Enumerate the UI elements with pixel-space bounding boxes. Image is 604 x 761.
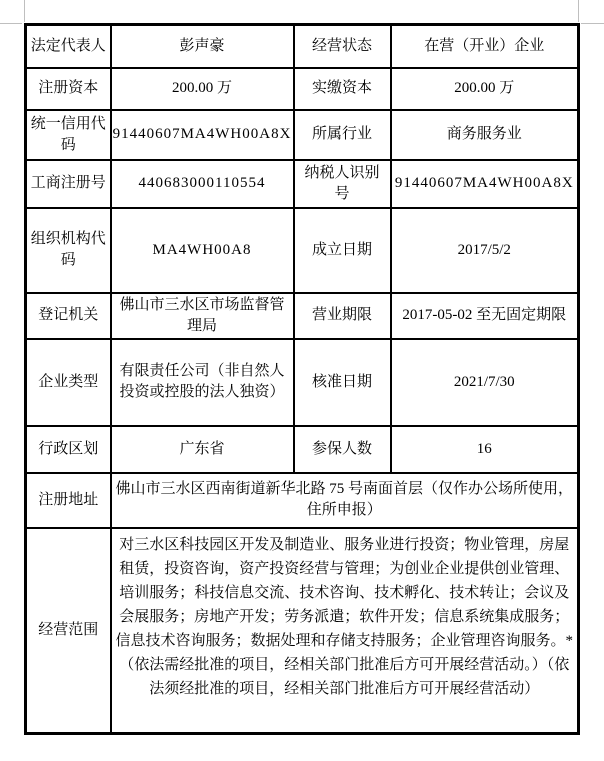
taxpayer-id-value: 91440607MA4WH00A8X — [391, 160, 579, 208]
table-row: 工商注册号 440683000110554 纳税人识别号 91440607MA4… — [26, 160, 579, 208]
page-margin-mark-top-left-vertical — [24, 0, 25, 22]
industry-label: 所属行业 — [294, 110, 391, 160]
industry-value: 商务服务业 — [391, 110, 579, 160]
table-row: 统一信用代码 91440607MA4WH00A8X 所属行业 商务服务业 — [26, 110, 579, 160]
insured-persons-label: 参保人数 — [294, 426, 391, 473]
administrative-division-value: 广东省 — [111, 426, 294, 473]
business-term-value: 2017-05-02 至无固定期限 — [391, 293, 579, 339]
table-row: 法定代表人 彭声豪 经营状态 在营（开业）企业 — [26, 25, 579, 68]
enterprise-type-value: 有限责任公司（非自然人投资或控股的法人独资） — [111, 339, 294, 426]
legal-representative-label: 法定代表人 — [26, 25, 111, 68]
page-margin-mark-top-left-horizontal — [0, 23, 22, 24]
table-row: 行政区划 广东省 参保人数 16 — [26, 426, 579, 473]
table-row: 登记机关 佛山市三水区市场监督管理局 营业期限 2017-05-02 至无固定期… — [26, 293, 579, 339]
operating-status-value: 在营（开业）企业 — [391, 25, 579, 68]
approval-date-value: 2021/7/30 — [391, 339, 579, 426]
registered-address-value: 佛山市三水区西南街道新华北路 75 号南面首层（仅作办公场所使用，住所申报） — [111, 473, 579, 528]
establishment-date-value: 2017/5/2 — [391, 208, 579, 293]
business-registration-number-label: 工商注册号 — [26, 160, 111, 208]
approval-date-label: 核准日期 — [294, 339, 391, 426]
organization-code-value: MA4WH00A8 — [111, 208, 294, 293]
paid-in-capital-label: 实缴资本 — [294, 68, 391, 110]
legal-representative-value: 彭声豪 — [111, 25, 294, 68]
unified-credit-code-value: 91440607MA4WH00A8X — [111, 110, 294, 160]
registered-capital-value: 200.00 万 — [111, 68, 294, 110]
document-page: 法定代表人 彭声豪 经营状态 在营（开业）企业 注册资本 200.00 万 实缴… — [0, 0, 604, 761]
page-margin-mark-top-right-horizontal — [581, 23, 604, 24]
unified-credit-code-label: 统一信用代码 — [26, 110, 111, 160]
operating-status-label: 经营状态 — [294, 25, 391, 68]
registered-address-label: 注册地址 — [26, 473, 111, 528]
business-registration-table: 法定代表人 彭声豪 经营状态 在营（开业）企业 注册资本 200.00 万 实缴… — [24, 23, 580, 735]
table-row: 企业类型 有限责任公司（非自然人投资或控股的法人独资） 核准日期 2021/7/… — [26, 339, 579, 426]
taxpayer-id-label: 纳税人识别号 — [294, 160, 391, 208]
organization-code-label: 组织机构代码 — [26, 208, 111, 293]
business-scope-value: 对三水区科技园区开发及制造业、服务业进行投资；物业管理，房屋租赁，投资咨询，资产… — [111, 528, 579, 734]
page-margin-mark-top-right-vertical — [578, 0, 579, 22]
insured-persons-value: 16 — [391, 426, 579, 473]
table-row: 经营范围 对三水区科技园区开发及制造业、服务业进行投资；物业管理，房屋租赁，投资… — [26, 528, 579, 734]
registration-authority-value: 佛山市三水区市场监督管理局 — [111, 293, 294, 339]
table-row: 注册地址 佛山市三水区西南街道新华北路 75 号南面首层（仅作办公场所使用，住所… — [26, 473, 579, 528]
paid-in-capital-value: 200.00 万 — [391, 68, 579, 110]
business-term-label: 营业期限 — [294, 293, 391, 339]
table-row: 注册资本 200.00 万 实缴资本 200.00 万 — [26, 68, 579, 110]
establishment-date-label: 成立日期 — [294, 208, 391, 293]
enterprise-type-label: 企业类型 — [26, 339, 111, 426]
table-row: 组织机构代码 MA4WH00A8 成立日期 2017/5/2 — [26, 208, 579, 293]
registered-capital-label: 注册资本 — [26, 68, 111, 110]
business-scope-label: 经营范围 — [26, 528, 111, 734]
business-registration-number-value: 440683000110554 — [111, 160, 294, 208]
administrative-division-label: 行政区划 — [26, 426, 111, 473]
registration-authority-label: 登记机关 — [26, 293, 111, 339]
